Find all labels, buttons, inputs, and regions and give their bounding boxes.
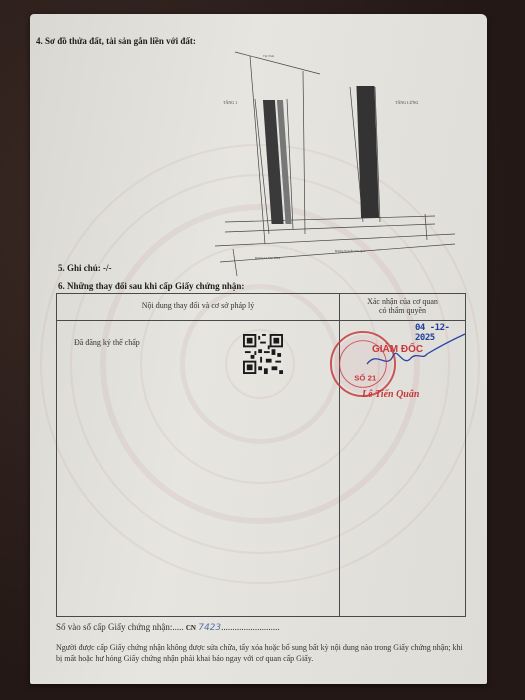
signature xyxy=(357,330,467,375)
header-divider xyxy=(57,320,465,321)
changes-table: Nội dung thay đổi và cơ sở pháp lý Xác n… xyxy=(56,293,466,617)
svg-text:Đường Lê Văn Khoa: Đường Lê Văn Khoa xyxy=(255,256,281,260)
section-4-heading: 4. Sơ đồ thửa đất, tài sản gắn liền với … xyxy=(36,36,196,46)
svg-text:TẦNG 1: TẦNG 1 xyxy=(223,100,237,105)
footer-warning-note: Người được cấp Giấy chứng nhận không đượ… xyxy=(56,642,468,664)
svg-text:Tây Nam: Tây Nam xyxy=(263,54,275,58)
qr-code[interactable] xyxy=(243,334,283,374)
entry-content: Đã đăng ký thế chấp xyxy=(74,338,140,347)
registration-number: 7423 xyxy=(198,623,221,633)
svg-text:TẦNG LỬNG: TẦNG LỬNG xyxy=(395,100,419,105)
section-6-heading: 6. Những thay đổi sau khi cấp Giấy chứng… xyxy=(58,281,244,291)
header-authority-confirmation: Xác nhận của cơ quan có thẩm quyền xyxy=(340,297,465,315)
signer-name: Lê Tiến Quân xyxy=(362,389,419,400)
section-5-notes: 5. Ghi chú: -/- xyxy=(58,263,112,273)
certificate-page: 4. Sơ đồ thửa đất, tài sản gắn liền với … xyxy=(30,14,487,684)
svg-text:Đường Nguyễn Văn Quá: Đường Nguyễn Văn Quá xyxy=(335,248,366,253)
registration-number-line: Số vào sổ cấp Giấy chứng nhận:..... CN 7… xyxy=(56,622,280,633)
land-plot-diagram: TẦNG 1 TẦNG LỬNG Tây Nam Đường Lê Văn Kh… xyxy=(215,44,465,284)
header-change-content: Nội dung thay đổi và cơ sở pháp lý xyxy=(57,301,339,310)
